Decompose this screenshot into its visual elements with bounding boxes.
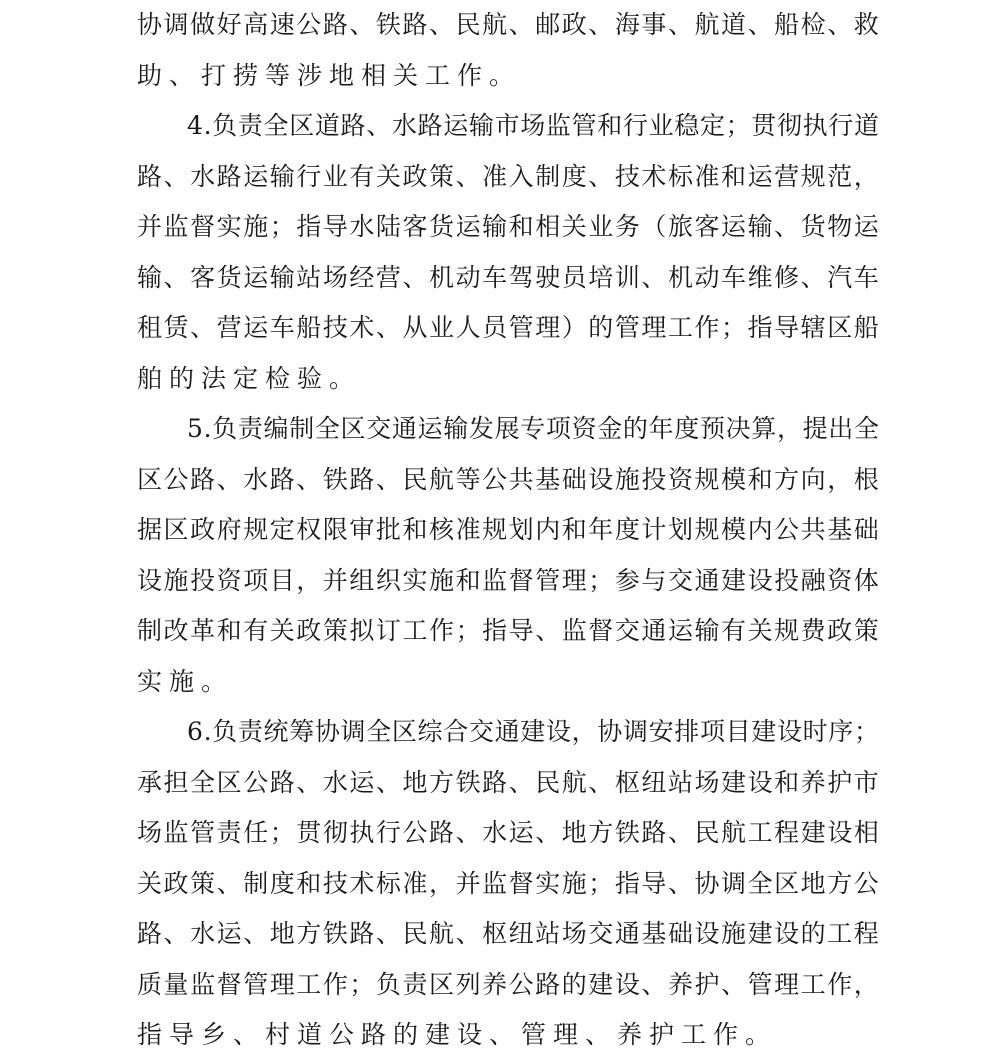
text-line: 承担全区公路、水运、地方铁路、民航、枢纽站场建设和养护市: [137, 758, 879, 809]
text-line: 6.负责统筹协调全区综合交通建设，协调安排项目建设时序；: [137, 707, 879, 758]
text-line: 区公路、水路、铁路、民航等公共基础设施投资规模和方向，根: [137, 455, 879, 506]
text-line: 路、水路运输行业有关政策、准入制度、技术标准和运营规范，: [137, 152, 879, 203]
text-line: 舶的法定检验。: [137, 354, 879, 405]
text-line: 质量监督管理工作；负责区列养公路的建设、养护、管理工作，: [137, 960, 879, 1011]
text-line: 指导乡、村道公路的建设、管理、养护工作。: [137, 1010, 879, 1053]
text-line: 输、客货运输站场经营、机动车驾驶员培训、机动车维修、汽车: [137, 253, 879, 304]
text-line: 设施投资项目，并组织实施和监督管理；参与交通建设投融资体: [137, 556, 879, 607]
text-line: 据区政府规定权限审批和核准规划内和年度计划规模内公共基础: [137, 505, 879, 556]
text-line: 场监管责任；贯彻执行公路、水运、地方铁路、民航工程建设相: [137, 808, 879, 859]
text-line: 路、水运、地方铁路、民航、枢纽站场交通基础设施建设的工程: [137, 909, 879, 960]
text-line: 4.负责全区道路、水路运输市场监管和行业稳定；贯彻执行道: [137, 101, 879, 152]
text-line: 助、打捞等涉地相关工作。: [137, 51, 879, 102]
text-line: 实施。: [137, 657, 879, 708]
document-page: 协调做好高速公路、铁路、民航、邮政、海事、航道、船检、救助、打捞等涉地相关工作。…: [137, 0, 879, 1053]
text-line: 制改革和有关政策拟订工作；指导、监督交通运输有关规费政策: [137, 606, 879, 657]
text-line: 协调做好高速公路、铁路、民航、邮政、海事、航道、船检、救: [137, 0, 879, 51]
text-line: 并监督实施；指导水陆客货运输和相关业务（旅客运输、货物运: [137, 202, 879, 253]
text-line: 5.负责编制全区交通运输发展专项资金的年度预决算，提出全: [137, 404, 879, 455]
text-line: 租赁、营运车船技术、从业人员管理）的管理工作；指导辖区船: [137, 303, 879, 354]
text-line: 关政策、制度和技术标准，并监督实施；指导、协调全区地方公: [137, 859, 879, 910]
